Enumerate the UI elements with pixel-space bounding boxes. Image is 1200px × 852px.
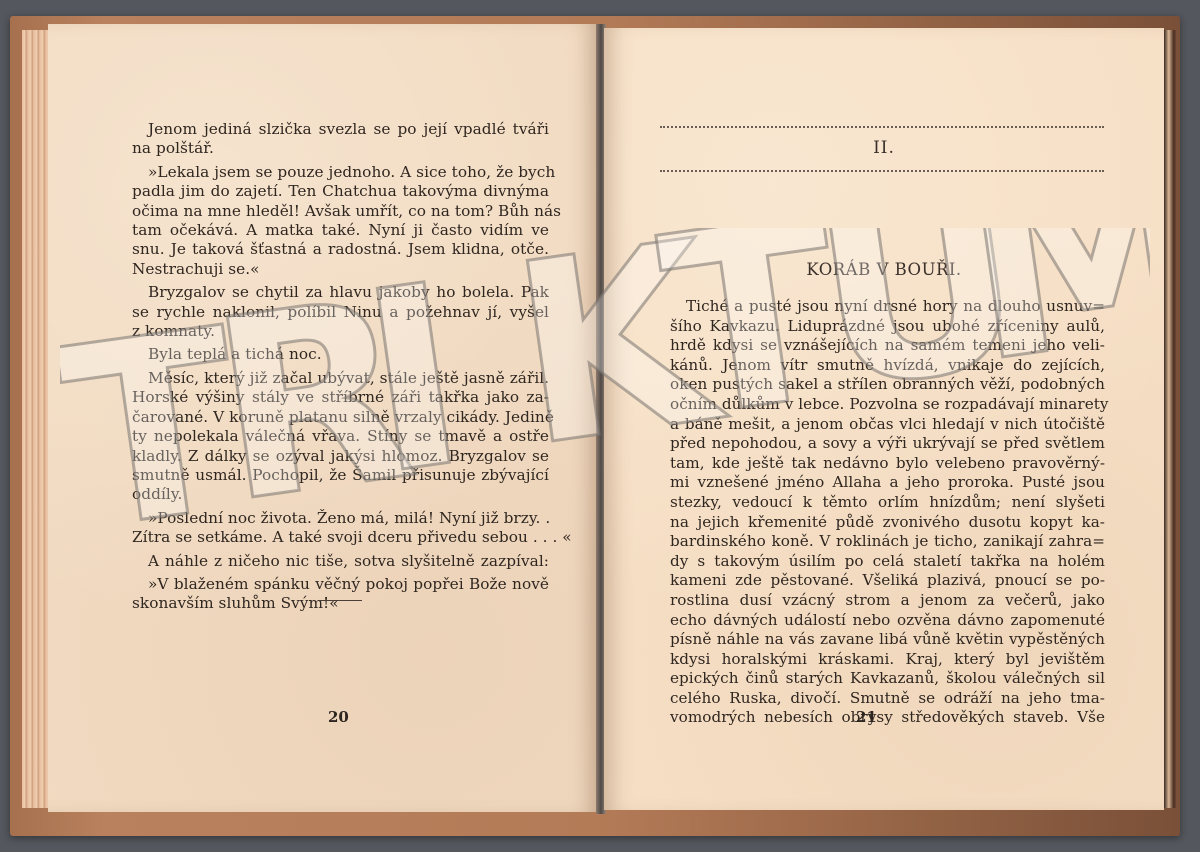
text-line: mi vznešené jméno Allaha a jeho proroka.… [670, 473, 1105, 493]
chapter-title: KORÁB V BOUŘI. [604, 260, 1164, 279]
text-line: celého Ruska, divočí. Smutně se odráží n… [670, 689, 1105, 709]
text-line: bardinského koně. V roklinách je ticho, … [670, 532, 1105, 552]
text-line: kdysi horalskými kráskami. Kraj, který b… [670, 650, 1105, 670]
text-line: šího Kavkazu. Liduprázdné jsou ubohé zří… [670, 317, 1105, 337]
text-line: ty nepolekala válečná vřava. Stíny se tm… [132, 427, 549, 446]
text-line: stezky, vedoucí k těmto orlím hnízdům; n… [670, 493, 1105, 513]
text-line: dy s takovým úsilím po celá staletí takř… [670, 552, 1105, 572]
text-line: Byla teplá a tichá noc. [132, 345, 549, 364]
page-number-right: 21 [856, 708, 877, 726]
text-line: tam očekává. A matka také. Nyní ji často… [132, 221, 549, 240]
text-line: »Poslední noc života. Ženo má, milá! Nyn… [132, 509, 549, 528]
text-line: kameni zde pěstované. Všeliká plazivá, p… [670, 571, 1105, 591]
text-line: Bryzgalov se chytil za hlavu jakoby ho b… [132, 283, 549, 302]
text-line: se rychle naklonil, políbil Ninu a požeh… [132, 303, 549, 322]
text-line: Nestrachuji se.« [132, 260, 549, 279]
text-line: smutně usmál. Pochopil, že Šamil přisunu… [132, 466, 549, 485]
text-line: očima na mne hleděl! Avšak umřít, co na … [132, 202, 549, 221]
text-line: tam, kde ještě tak nedávno bylo velebeno… [670, 454, 1105, 474]
text-line: čarované. V koruně platanu silně vrzaly … [132, 408, 549, 427]
page-number-left: 20 [328, 708, 349, 726]
text-line: Jenom jediná slzička svezla se po její v… [132, 120, 549, 139]
text-line: Zítra se setkáme. A také svoji dceru při… [132, 528, 549, 547]
left-page: Jenom jediná slzička svezla se po její v… [48, 24, 598, 812]
right-page-text: Tiché a pusté jsou nyní drsné hory na dl… [670, 297, 1105, 728]
dotted-rule-bottom [660, 170, 1104, 172]
page-edges-right [1164, 30, 1176, 808]
left-page-text: Jenom jediná slzička svezla se po její v… [132, 120, 549, 614]
text-line: A náhle z ničeho nic tiše, sotva slyšite… [132, 552, 549, 571]
text-line: padla jim do zajetí. Ten Chatchua takový… [132, 182, 549, 201]
text-line: Horské výšiny stály ve stříbrné záři tak… [132, 388, 549, 407]
text-line: před nepohodou, a sovy a výři ukrývají s… [670, 434, 1105, 454]
dotted-rule-top [660, 126, 1104, 128]
text-line: Tiché a pusté jsou nyní drsné hory na dl… [670, 297, 1105, 317]
text-line: »V blaženém spánku věčný pokoj popřei Bo… [132, 575, 549, 594]
text-line: očním důlkům v lebce. Pozvolna se rozpad… [670, 395, 1105, 415]
text-line: rostlina dusí vzácný strom a jenom za ve… [670, 591, 1105, 611]
text-line: snu. Je taková šťastná a radostná. Jsem … [132, 240, 549, 259]
text-line: »Lekala jsem se pouze jednoho. A sice to… [132, 163, 549, 182]
text-line: hrdě kdysi se vznášejících na samém teme… [670, 336, 1105, 356]
section-end-rule [320, 600, 362, 601]
text-line: epických činů starých Kavkazanů, školou … [670, 669, 1105, 689]
text-line: vomodrých nebesích obrysy středověkých s… [670, 708, 1105, 728]
text-line: na jejich křemenité půdě zvonivého dusot… [670, 513, 1105, 533]
chapter-number: II. [604, 138, 1164, 158]
text-line: kánů. Jenom vítr smutně hvízdá, vnikaje … [670, 356, 1105, 376]
text-line: z komnaty. [132, 322, 549, 341]
text-line: písně náhle na vás zavane libá vůně květ… [670, 630, 1105, 650]
text-line: Měsíc, který již začal ubývat, stále ješ… [132, 369, 549, 388]
text-line: echo dávných událostí nebo ozvěna dávno … [670, 611, 1105, 631]
text-line: oddíly. [132, 485, 549, 504]
right-page: II. KORÁB V BOUŘI. Tiché a pusté jsou ny… [604, 28, 1164, 810]
text-line: oken pustých sakel a střílen obranných v… [670, 375, 1105, 395]
text-line: na polštář. [132, 139, 549, 158]
text-line: skonavším sluhům Svým!« [132, 594, 549, 613]
text-line: kladly. Z dálky se ozýval jakýsi hlomoz.… [132, 447, 549, 466]
text-line: a báně mešit, a jenom občas vlci hledají… [670, 415, 1105, 435]
